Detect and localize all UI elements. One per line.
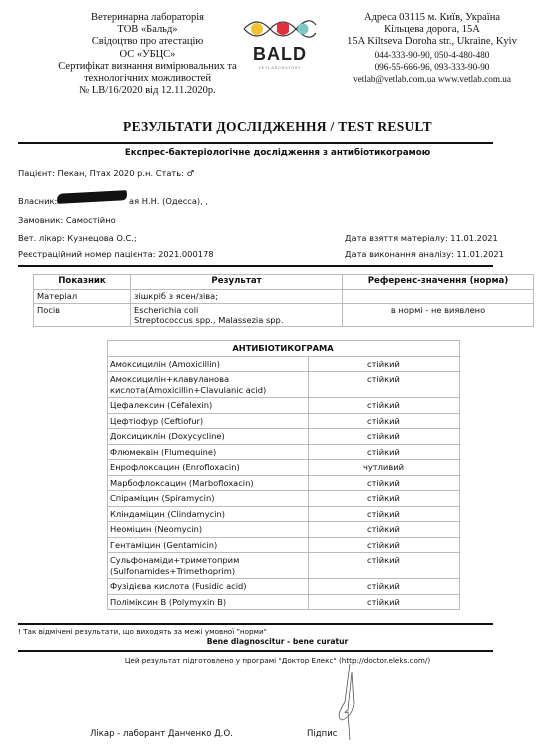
reg-number: Реєстраційний номер пацієнта: 2021.00017… — [18, 249, 214, 259]
divider — [18, 650, 493, 652]
drug-name: Кліндаміцин (Clindamycin) — [108, 506, 309, 522]
drug-name: Амоксицилін+клавуланова кислота(Amoxicil… — [108, 372, 309, 398]
antibiogram-row: Спіраміцин (Spiramycin)стійкий — [108, 491, 460, 507]
column-header: Референс-значення (норма) — [343, 275, 534, 290]
antibiogram-row: Цефалексин (Cefalexin)стійкий — [108, 398, 460, 414]
divider — [18, 623, 493, 625]
sensitivity-result: стійкий — [309, 537, 460, 553]
column-header: Результат — [131, 275, 343, 290]
sensitivity-result: стійкий — [309, 594, 460, 610]
drug-name: Фузідієва кислота (Fusidic acid) — [108, 579, 309, 595]
drug-name: Неоміцин (Neomycin) — [108, 522, 309, 538]
hdr-right-line: 044-333-90-90, 050-4-480-480 — [322, 49, 542, 61]
antibiogram-title: АНТИБІОТИКОГРАМА — [108, 341, 460, 357]
hdr-left-line: ТОВ «Бальд» — [40, 24, 255, 36]
antibiogram-row: Амоксицилін+клавуланова кислота(Amoxicil… — [108, 372, 460, 398]
drug-name: Марбофлоксацин (Marbofloxacin) — [108, 475, 309, 491]
logo-subtitle: VETLABORATORY — [240, 66, 320, 70]
customer-line: Замовник: Самостійно — [18, 215, 116, 225]
hdr-right-line: 15A Kiltseva Doroha str., Ukraine, Kyiv — [322, 36, 542, 48]
drug-name: Цефалексин (Cefalexin) — [108, 398, 309, 414]
sensitivity-result: стійкий — [309, 553, 460, 579]
patient-line: Пацієнт: Пекан, Птах 2020 р.н. Стать: ♂ — [18, 168, 194, 178]
divider — [18, 142, 493, 144]
sensitivity-result: стійкий — [309, 444, 460, 460]
sample-date: Дата взяття матеріалу: 11.01.2021 — [345, 233, 498, 243]
result-cell: зішкріб з ясен/зіва; — [131, 290, 343, 304]
antibiogram-row: Марбофлоксацин (Marbofloxacin)стійкий — [108, 475, 460, 491]
sensitivity-result: стійкий — [309, 579, 460, 595]
antibiogram-row: Доксициклін (Doxycycline)стійкий — [108, 429, 460, 445]
antibiogram-row: Неоміцин (Neomycin)стійкий — [108, 522, 460, 538]
sensitivity-result: стійкий — [309, 429, 460, 445]
antibiogram-row: Кліндаміцин (Clindamycin)стійкий — [108, 506, 460, 522]
antibiogram-table: АНТИБІОТИКОГРАМА Амоксицилін (Amoxicilli… — [107, 340, 460, 610]
drug-name: Сульфонаміди+триметоприм (Sulfonamides+T… — [108, 553, 309, 579]
analysis-date: Дата виконання аналізу: 11.01.2021 — [345, 249, 504, 259]
sensitivity-result: стійкий — [309, 413, 460, 429]
antibiogram-row: Флюмеквін (Flumequine)стійкий — [108, 444, 460, 460]
lab-info: Ветеринарна лабораторіяТОВ «Бальд»Свідоц… — [40, 12, 255, 97]
divider — [18, 265, 493, 267]
vet-line: Вет. лікар: Кузнецова О.С.; — [18, 233, 137, 243]
hdr-left-line: ОС «УБЦС» — [40, 49, 255, 61]
hdr-left-line: № LB/16/2020 від 12.11.2020р. — [40, 85, 255, 97]
indicator-cell: Посів — [34, 304, 131, 327]
table-row: Матеріалзішкріб з ясен/зіва; — [34, 290, 534, 304]
hdr-right-line: vetlab@vetlab.com.ua www.vetlab.com.ua — [322, 73, 542, 85]
signature-icon — [330, 662, 370, 742]
reference-cell — [343, 290, 534, 304]
table-row: ПосівEscherichia coliStreptococcus spp.,… — [34, 304, 534, 327]
logo-name: BALD — [240, 44, 320, 65]
antibiogram-row: Амоксицилін (Amoxicillin)стійкий — [108, 356, 460, 372]
hdr-right-line: Адреса 03115 м. Київ, Україна — [322, 12, 542, 24]
indicator-cell: Матеріал — [34, 290, 131, 304]
footnote: ! Так відмічені результати, що виходять … — [18, 627, 267, 636]
antibiogram-row: Фузідієва кислота (Fusidic acid)стійкий — [108, 579, 460, 595]
page-title: РЕЗУЛЬТАТИ ДОСЛІДЖЕННЯ / TEST RESULT — [0, 119, 555, 135]
result-cell: Escherichia coliStreptococcus spp., Mala… — [131, 304, 343, 327]
drug-name: Спіраміцин (Spiramycin) — [108, 491, 309, 507]
program-credit: Цей результат підготовлено у програмі "Д… — [0, 656, 555, 665]
redaction-mark — [57, 190, 127, 204]
sensitivity-result: стійкий — [309, 398, 460, 414]
hdr-right-line: 096-55-666-96, 093-333-90-90 — [322, 61, 542, 73]
drug-name: Енрофлоксацин (Enrofloxacin) — [108, 460, 309, 476]
sensitivity-result: стійкий — [309, 491, 460, 507]
reference-cell: в нормі - не виявлено — [343, 304, 534, 327]
column-header: Показник — [34, 275, 131, 290]
hdr-left-line: Свідоцтво про атестацію — [40, 36, 255, 48]
sensitivity-result: стійкий — [309, 372, 460, 398]
lab-contacts: Адреса 03115 м. Київ, УкраїнаКільцева до… — [322, 12, 542, 85]
drug-name: Гентаміцин (Gentamicin) — [108, 537, 309, 553]
antibiogram-row: Енрофлоксацин (Enrofloxacin)чутливий — [108, 460, 460, 476]
owner-label: Власник: — [18, 196, 57, 206]
drug-name: Доксициклін (Doxycycline) — [108, 429, 309, 445]
hdr-left-line: Сертифікат визнання вимірювальних та — [40, 61, 255, 73]
hdr-left-line: технологічних можливостей — [40, 73, 255, 85]
owner-value: ая Н.Н. (Одесса), , — [129, 196, 208, 206]
sensitivity-result: стійкий — [309, 506, 460, 522]
sensitivity-result: стійкий — [309, 356, 460, 372]
drug-name: Флюмеквін (Flumequine) — [108, 444, 309, 460]
drug-name: Амоксицилін (Amoxicillin) — [108, 356, 309, 372]
sensitivity-result: стійкий — [309, 475, 460, 491]
hdr-left-line: Ветеринарна лабораторія — [40, 12, 255, 24]
hdr-right-line: Кільцева дорога, 15А — [322, 24, 542, 36]
drug-name: Поліміксин В (Polymyxin B) — [108, 594, 309, 610]
test-subtitle: Експрес-бактеріологічне дослідження з ан… — [0, 148, 555, 158]
sensitivity-result: стійкий — [309, 522, 460, 538]
results-table: ПоказникРезультатРеференс-значення (норм… — [33, 274, 534, 327]
doctor-name: Лікар - лаборант Данченко Д.О. — [90, 729, 233, 739]
antibiogram-row: Сульфонаміди+триметоприм (Sulfonamides+T… — [108, 553, 460, 579]
motto: Bene diagnoscitur - bene curatur — [0, 637, 555, 646]
drug-name: Цефтіофур (Ceftiofur) — [108, 413, 309, 429]
antibiogram-row: Гентаміцин (Gentamicin)стійкий — [108, 537, 460, 553]
antibiogram-row: Цефтіофур (Ceftiofur)стійкий — [108, 413, 460, 429]
antibiogram-row: Поліміксин В (Polymyxin B)стійкий — [108, 594, 460, 610]
sensitivity-result: чутливий — [309, 460, 460, 476]
